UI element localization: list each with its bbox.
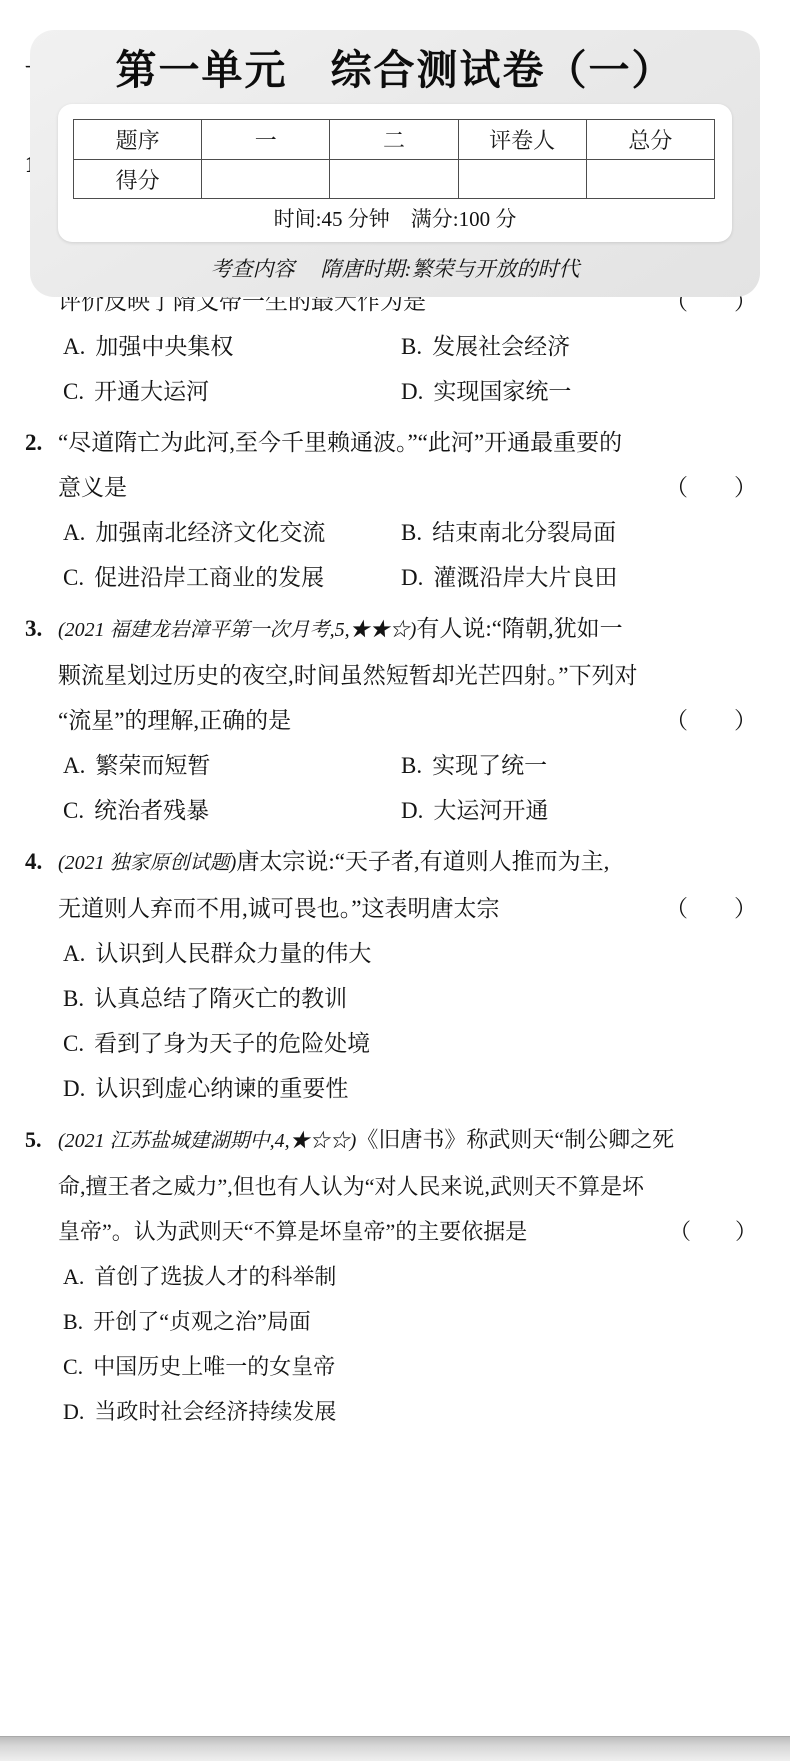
option-b: B.开创了“贞观之治”局面 <box>63 1299 757 1344</box>
question-4-line-1: 4.(2021 独家原创试题)唐太宗说:“天子者,有道则人推而为主, <box>58 839 757 886</box>
options-row: A.繁荣而短暂 B.实现了统一 <box>63 743 757 788</box>
option-d: D.大运河开通 <box>401 788 757 833</box>
option-b: B.发展社会经济 <box>401 324 757 369</box>
option-label: A. <box>63 334 85 359</box>
option-text: 繁荣而短暂 <box>95 753 210 778</box>
question-4-line-2: 无道则人弃而不用,诚可畏也。”这表明唐太宗（ ） <box>58 886 757 931</box>
page-title: 第一单元 综合测试卷（一） <box>30 43 760 97</box>
option-label: B. <box>401 334 422 359</box>
question-text: “流星”的理解,正确的是 <box>58 698 291 743</box>
question-2-options: A.加强南北经济文化交流 B.结束南北分裂局面 C.促进沿岸工商业的发展 D.灌… <box>58 510 757 600</box>
option-text: 首创了选拔人才的科举制 <box>94 1264 336 1289</box>
score-row-label: 得分 <box>74 160 202 199</box>
question-3-options: A.繁荣而短暂 B.实现了统一 C.统治者残暴 D.大运河开通 <box>58 743 757 833</box>
option-text: 认识到人民群众力量的伟大 <box>95 941 371 966</box>
option-text: 开创了“贞观之治”局面 <box>93 1309 311 1334</box>
question-5-line-3: 皇帝”。认为武则天“不算是坏皇帝”的主要依据是（ ） <box>58 1209 757 1254</box>
option-label: D. <box>401 798 423 823</box>
options-row: C.统治者残暴 D.大运河开通 <box>63 788 757 833</box>
question-number: 4. <box>25 839 58 884</box>
score-col-total: 总分 <box>586 120 714 160</box>
header-card: 第一单元 综合测试卷（一） 题序 一 二 评卷人 总分 得分 时间: <box>30 30 760 297</box>
option-c: C.中国历史上唯一的女皇帝 <box>63 1344 757 1389</box>
exam-scope-text: 隋唐时期:繁荣与开放的时代 <box>321 257 580 281</box>
score-table-score-row: 得分 <box>74 160 715 199</box>
question-5: 5.(2021 江苏盐城建湖期中,4,★☆☆)《旧唐书》称武则天“制公卿之死 命… <box>25 1117 757 1434</box>
answer-blank: （ ） <box>669 1209 757 1254</box>
score-col-question-order: 题序 <box>74 120 202 160</box>
option-c: C.开通大运河 <box>63 369 401 414</box>
option-text: 加强中央集权 <box>95 334 233 359</box>
question-text: 《旧唐书》称武则天“制公卿之死 <box>356 1127 674 1152</box>
option-text: 实现了统一 <box>432 753 547 778</box>
question-source: (2021 江苏盐城建湖期中,4,★☆☆) <box>58 1130 356 1152</box>
question-number: 3. <box>25 606 58 651</box>
option-label: D. <box>63 1076 85 1101</box>
option-d: D.认识到虚心纳谏的重要性 <box>63 1066 757 1111</box>
option-b: B.认真总结了隋灭亡的教训 <box>63 976 757 1021</box>
question-text: 有人说:“隋朝,犹如一 <box>416 616 622 641</box>
question-text: 皇帝”。认为武则天“不算是坏皇帝”的主要依据是 <box>58 1209 527 1254</box>
answer-blank: （ ） <box>665 465 757 510</box>
question-text: 颗流星划过历史的夜空,时间虽然短暂却光芒四射。”下列对 <box>58 663 637 688</box>
score-col-part-one: 一 <box>202 120 330 160</box>
option-text: 促进沿岸工商业的发展 <box>94 565 324 590</box>
option-c: C.看到了身为天子的危险处境 <box>63 1021 757 1066</box>
question-number: 5. <box>25 1117 58 1162</box>
option-label: C. <box>63 798 84 823</box>
option-text: 加强南北经济文化交流 <box>95 520 325 545</box>
question-2: 2.“尽道隋亡为此河,至今千里赖通波。”“此河”开通最重要的 意义是（ ） A.… <box>25 420 757 600</box>
page-edge-shadow <box>0 1736 790 1761</box>
option-text: 看到了身为天子的危险处境 <box>94 1031 370 1056</box>
exam-scope-line: 考查内容隋唐时期:繁荣与开放的时代 <box>30 252 760 286</box>
time-and-total-score: 时间:45 分钟 满分:100 分 <box>73 201 717 237</box>
answer-blank: （ ） <box>665 886 757 931</box>
option-label: C. <box>63 565 84 590</box>
options-row: A.加强南北经济文化交流 B.结束南北分裂局面 <box>63 510 757 555</box>
option-a: A.繁荣而短暂 <box>63 743 401 788</box>
option-text: 当政时社会经济持续发展 <box>94 1399 336 1424</box>
question-3-line-3: “流星”的理解,正确的是（ ） <box>58 698 757 743</box>
question-source: (2021 福建龙岩漳平第一次月考,5,★★☆) <box>58 619 416 641</box>
option-label: B. <box>63 986 84 1011</box>
option-label: D. <box>401 565 423 590</box>
option-a: A.首创了选拔人才的科举制 <box>63 1254 757 1299</box>
question-text: 无道则人弃而不用,诚可畏也。”这表明唐太宗 <box>58 886 499 931</box>
exam-scope-label: 考查内容 <box>211 257 295 281</box>
question-text: 意义是 <box>58 465 127 510</box>
option-d: D.当政时社会经济持续发展 <box>63 1389 757 1434</box>
option-label: A. <box>63 941 85 966</box>
option-text: 统治者残暴 <box>94 798 209 823</box>
question-5-line-1: 5.(2021 江苏盐城建湖期中,4,★☆☆)《旧唐书》称武则天“制公卿之死 <box>58 1117 757 1164</box>
option-text: 结束南北分裂局面 <box>432 520 616 545</box>
question-number: 2. <box>25 420 58 465</box>
option-text: 大运河开通 <box>433 798 548 823</box>
question-1-options: A.加强中央集权 B.发展社会经济 C.开通大运河 D.实现国家统一 <box>58 324 757 414</box>
exam-paper-page: 第一单元 综合测试卷（一） 题序 一 二 评卷人 总分 得分 时间: <box>0 0 790 1761</box>
score-cell-empty-1 <box>202 160 330 199</box>
options-row: C.促进沿岸工商业的发展 D.灌溉沿岸大片良田 <box>63 555 757 600</box>
question-3-line-2: 颗流星划过历史的夜空,时间虽然短暂却光芒四射。”下列对 <box>58 653 757 698</box>
option-label: C. <box>63 1354 83 1379</box>
option-label: A. <box>63 1264 84 1289</box>
option-a: A.认识到人民群众力量的伟大 <box>63 931 757 976</box>
option-b: B.实现了统一 <box>401 743 757 788</box>
question-source: (2021 独家原创试题) <box>58 852 236 874</box>
question-4-options: A.认识到人民群众力量的伟大 B.认真总结了隋灭亡的教训 C.看到了身为天子的危… <box>58 931 757 1111</box>
option-label: A. <box>63 520 85 545</box>
option-label: B. <box>401 520 422 545</box>
score-cell-empty-2 <box>330 160 458 199</box>
question-4: 4.(2021 独家原创试题)唐太宗说:“天子者,有道则人推而为主, 无道则人弃… <box>25 839 757 1111</box>
option-c: C.促进沿岸工商业的发展 <box>63 555 401 600</box>
question-3: 3.(2021 福建龙岩漳平第一次月考,5,★★☆)有人说:“隋朝,犹如一 颗流… <box>25 606 757 833</box>
question-text: 唐太宗说:“天子者,有道则人推而为主, <box>236 849 609 874</box>
question-5-options: A.首创了选拔人才的科举制 B.开创了“贞观之治”局面 C.中国历史上唯一的女皇… <box>58 1254 757 1434</box>
option-label: C. <box>63 379 84 404</box>
option-label: B. <box>401 753 422 778</box>
option-a: A.加强南北经济文化交流 <box>63 510 401 555</box>
option-label: C. <box>63 1031 84 1056</box>
option-label: B. <box>63 1309 83 1334</box>
option-label: A. <box>63 753 85 778</box>
option-label: D. <box>63 1399 84 1424</box>
option-d: D.灌溉沿岸大片良田 <box>401 555 757 600</box>
question-text: “尽道隋亡为此河,至今千里赖通波。”“此河”开通最重要的 <box>58 430 622 455</box>
score-col-grader: 评卷人 <box>458 120 586 160</box>
options-row: A.加强中央集权 B.发展社会经济 <box>63 324 757 369</box>
answer-blank: （ ） <box>665 698 757 743</box>
option-text: 实现国家统一 <box>433 379 571 404</box>
option-b: B.结束南北分裂局面 <box>401 510 757 555</box>
question-text: 命,擅王者之威力”,但也有人认为“对人民来说,武则天不算是坏 <box>58 1174 644 1199</box>
question-2-line-2: 意义是（ ） <box>58 465 757 510</box>
option-text: 中国历史上唯一的女皇帝 <box>93 1354 335 1379</box>
option-c: C.统治者残暴 <box>63 788 401 833</box>
option-label: D. <box>401 379 423 404</box>
score-cell-empty-3 <box>458 160 586 199</box>
option-text: 发展社会经济 <box>432 334 570 359</box>
score-table-header-row: 题序 一 二 评卷人 总分 <box>74 120 715 160</box>
score-panel: 题序 一 二 评卷人 总分 得分 时间:45 分钟 满分:100 分 <box>58 104 732 242</box>
option-text: 灌溉沿岸大片良田 <box>433 565 617 590</box>
options-row: C.开通大运河 D.实现国家统一 <box>63 369 757 414</box>
score-col-part-two: 二 <box>330 120 458 160</box>
option-d: D.实现国家统一 <box>401 369 757 414</box>
option-text: 开通大运河 <box>94 379 209 404</box>
question-2-line-1: 2.“尽道隋亡为此河,至今千里赖通波。”“此河”开通最重要的 <box>58 420 757 465</box>
option-a: A.加强中央集权 <box>63 324 401 369</box>
score-cell-empty-4 <box>586 160 714 199</box>
option-text: 认真总结了隋灭亡的教训 <box>94 986 347 1011</box>
option-text: 认识到虚心纳谏的重要性 <box>95 1076 348 1101</box>
score-table: 题序 一 二 评卷人 总分 得分 <box>73 119 715 199</box>
question-5-line-2: 命,擅王者之威力”,但也有人认为“对人民来说,武则天不算是坏 <box>58 1164 757 1209</box>
question-3-line-1: 3.(2021 福建龙岩漳平第一次月考,5,★★☆)有人说:“隋朝,犹如一 <box>58 606 757 653</box>
